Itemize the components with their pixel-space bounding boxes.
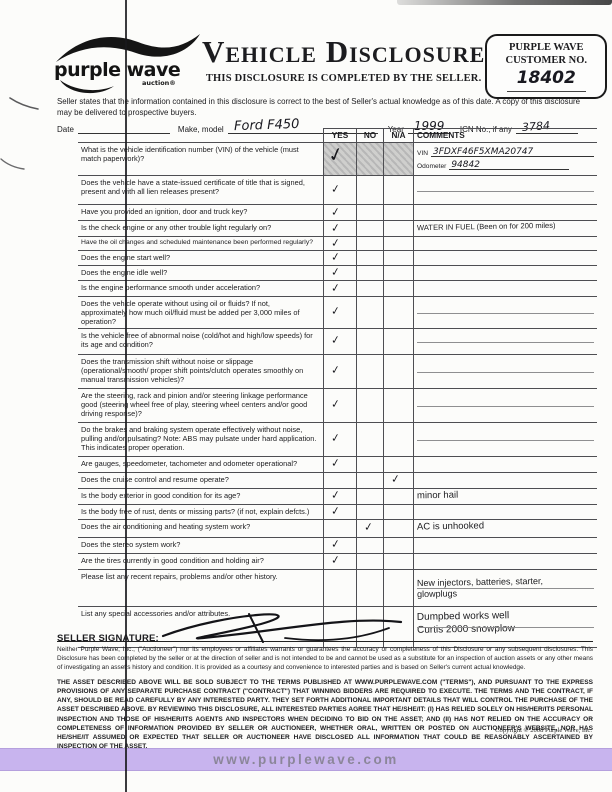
na-cell xyxy=(383,520,413,537)
table-row: Does the vehicle operate without using o… xyxy=(78,297,597,329)
table-row: Is the check engine or any other trouble… xyxy=(78,221,597,237)
question-text: Are the steering, rack and pinion and/or… xyxy=(78,389,323,422)
no-cell xyxy=(356,281,383,296)
na-cell xyxy=(383,143,413,175)
question-text: Does the transmission shift without nois… xyxy=(78,355,323,388)
na-cell xyxy=(383,297,413,328)
yes-checkmark: ✓ xyxy=(330,363,341,377)
no-cell xyxy=(356,457,383,472)
comment-text: minor hail xyxy=(417,489,458,502)
table-row: Are the steering, rack and pinion and/or… xyxy=(78,389,597,423)
table-row: Is the body exterior in good condition f… xyxy=(78,489,597,505)
no-cell xyxy=(356,237,383,250)
na-cell xyxy=(383,389,413,422)
no-cell xyxy=(356,355,383,388)
no-cell xyxy=(356,329,383,354)
copyright-notice: Copyright © 2008 Purple Wave, Inc. xyxy=(495,727,592,734)
no-cell xyxy=(356,554,383,569)
yes-checkmark: ✓ xyxy=(330,397,341,411)
odometer-value: 94842 xyxy=(451,160,480,170)
date-label: Date xyxy=(57,125,74,134)
table-row-vin: What is the vehicle identification numbe… xyxy=(78,143,597,176)
question-text: Does the stereo system work? xyxy=(78,538,323,553)
no-cell xyxy=(356,176,383,204)
yes-checkmark: ✓ xyxy=(330,456,341,470)
pen-mark xyxy=(0,154,28,174)
no-header: NO xyxy=(356,128,383,142)
disclosure-table: YES NO N/A COMMENTS What is the vehicle … xyxy=(78,128,597,648)
question-text: Do the brakes and braking system operate… xyxy=(78,423,323,456)
comment-text: AC is unhooked xyxy=(417,520,484,533)
no-cell xyxy=(356,389,383,422)
na-cell xyxy=(383,251,413,265)
na-cell xyxy=(383,237,413,250)
comments-cell xyxy=(413,205,597,220)
table-row: Does the air conditioning and heating sy… xyxy=(78,520,597,538)
na-cell xyxy=(383,505,413,519)
yes-checkmark: ✓ xyxy=(330,220,341,234)
yes-cell xyxy=(323,473,356,488)
odometer-underline: 94842 xyxy=(449,158,569,170)
yes-cell: ✓ xyxy=(323,554,356,569)
table-row: Is the vehicle free of abnormal noise (c… xyxy=(78,329,597,355)
question-text: Is the check engine or any other trouble… xyxy=(78,221,323,236)
scan-edge-smudge xyxy=(397,0,612,5)
na-cell xyxy=(383,355,413,388)
table-row: Have you provided an ignition, door and … xyxy=(78,205,597,221)
table-row: Does the stereo system work? ✓ xyxy=(78,538,597,554)
na-cell xyxy=(383,489,413,504)
table-row: Have the oil changes and scheduled maint… xyxy=(78,237,597,251)
footer-url: www.purplewave.com xyxy=(213,752,399,767)
table-row: Does the cruise control and resume opera… xyxy=(78,473,597,489)
no-cell xyxy=(356,570,383,606)
yes-cell: ✓ xyxy=(323,237,356,250)
comments-cell: AC is unhooked xyxy=(413,520,597,537)
yes-cell: ✓ xyxy=(323,355,356,388)
na-header: N/A xyxy=(383,128,413,142)
question-text: Is the body exterior in good condition f… xyxy=(78,489,323,504)
yes-checkmark: ✓ xyxy=(326,143,347,168)
no-cell xyxy=(356,221,383,236)
yes-checkmark: ✓ xyxy=(330,537,341,551)
customer-box-line2: CUSTOMER NO. xyxy=(487,54,605,67)
yes-checkmark: ✓ xyxy=(330,265,341,279)
na-checkmark: ✓ xyxy=(390,472,401,486)
na-cell xyxy=(383,423,413,456)
footer-bar: www.purplewave.com xyxy=(0,748,612,771)
yes-cell: ✓ xyxy=(323,221,356,236)
question-text: Is the body free of rust, dents or missi… xyxy=(78,505,323,519)
customer-number-value: 18402 xyxy=(507,68,586,91)
yes-checkmark: ✓ xyxy=(330,488,341,502)
seller-signature-row: SELLER SIGNATURE: xyxy=(57,628,593,642)
table-header-row: YES NO N/A COMMENTS xyxy=(78,128,597,143)
table-row: Do the brakes and braking system operate… xyxy=(78,423,597,457)
no-cell xyxy=(356,505,383,519)
comments-header: COMMENTS xyxy=(413,128,597,142)
yes-cell: ✓ xyxy=(323,423,356,456)
question-text: Is the engine performance smooth under a… xyxy=(78,281,323,296)
no-cell xyxy=(356,266,383,280)
na-cell xyxy=(383,554,413,569)
yes-cell xyxy=(323,520,356,537)
comments-cell xyxy=(413,554,597,569)
question-text: Does the air conditioning and heating sy… xyxy=(78,520,323,537)
na-cell xyxy=(383,329,413,354)
comments-cell xyxy=(413,297,597,328)
na-cell xyxy=(383,221,413,236)
question-header-cell xyxy=(78,128,323,142)
comments-cell: WATER IN FUEL (Been on for 200 miles) xyxy=(413,221,597,236)
no-cell xyxy=(356,297,383,328)
yes-checkmark: ✓ xyxy=(330,431,341,445)
comments-cell xyxy=(413,176,597,204)
yes-cell: ✓ xyxy=(323,281,356,296)
table-row: Does the transmission shift without nois… xyxy=(78,355,597,389)
yes-cell: ✓ xyxy=(323,329,356,354)
comments-cell xyxy=(413,251,597,265)
question-text: Does the engine idle well? xyxy=(78,266,323,280)
yes-checkmark: ✓ xyxy=(330,204,341,218)
page-subtitle: THIS DISCLOSURE IS COMPLETED BY THE SELL… xyxy=(202,73,485,84)
question-text: Have you provided an ignition, door and … xyxy=(78,205,323,220)
yes-cell: ✓ xyxy=(323,389,356,422)
question-text: Does the engine start well? xyxy=(78,251,323,265)
na-cell: ✓ xyxy=(383,473,413,488)
comment-text: WATER IN FUEL (Been on for 200 miles) xyxy=(417,221,556,233)
customer-number-box: PURPLE WAVE CUSTOMER NO. 18402 xyxy=(485,34,607,99)
disclaimer-paragraph: Neither Purple Wave, Inc., ("Auctioneer"… xyxy=(57,646,593,673)
table-row: Does the engine idle well? ✓ xyxy=(78,266,597,281)
terms-paragraph: THE ASSET DESCRIBED ABOVE WILL BE SOLD S… xyxy=(57,678,593,751)
no-cell xyxy=(356,143,383,175)
yes-cell: ✓ xyxy=(323,457,356,472)
na-cell xyxy=(383,538,413,553)
scan-fold-line xyxy=(125,0,127,792)
yes-checkmark: ✓ xyxy=(330,250,341,264)
vin-label: VIN xyxy=(417,150,428,157)
yes-checkmark: ✓ xyxy=(330,503,341,517)
question-text: Please list any recent repairs, problems… xyxy=(78,570,323,606)
no-cell xyxy=(356,489,383,504)
table-row: Is the body free of rust, dents or missi… xyxy=(78,505,597,520)
yes-checkmark: ✓ xyxy=(330,333,341,347)
question-text: Is the vehicle free of abnormal noise (c… xyxy=(78,329,323,354)
odometer-comment-line: Odometer 94842 xyxy=(417,158,594,170)
comment-text: New injectors, batteries, starter, glowp… xyxy=(417,575,543,600)
question-text: Does the cruise control and resume opera… xyxy=(78,473,323,488)
question-text: Are gauges, speedometer, tachometer and … xyxy=(78,457,323,472)
seller-signature-scribble xyxy=(157,612,407,646)
yes-cell: ✓ xyxy=(323,266,356,280)
table-row: Are gauges, speedometer, tachometer and … xyxy=(78,457,597,473)
comments-cell xyxy=(413,281,597,296)
logo-tagline: auction® xyxy=(142,79,176,87)
yes-cell: ✓ xyxy=(323,489,356,504)
comments-cell xyxy=(413,457,597,472)
question-text: Does the vehicle have a state-issued cer… xyxy=(78,176,323,204)
yes-cell: ✓ xyxy=(323,538,356,553)
no-cell xyxy=(356,538,383,553)
na-cell xyxy=(383,176,413,204)
yes-cell: ✓ xyxy=(323,297,356,328)
pen-mark xyxy=(8,92,42,114)
table-row: Does the engine start well? ✓ xyxy=(78,251,597,266)
yes-checkmark: ✓ xyxy=(330,304,341,318)
question-text: Does the vehicle operate without using o… xyxy=(78,297,323,328)
no-cell xyxy=(356,423,383,456)
table-row: Please list any recent repairs, problems… xyxy=(78,570,597,607)
comments-cell xyxy=(413,473,597,488)
form-header: purple wave auction® Vehicle Disclosure … xyxy=(50,32,590,104)
na-cell xyxy=(383,570,413,606)
comments-cell xyxy=(413,266,597,280)
yes-cell: ✓ xyxy=(323,251,356,265)
comments-cell: VIN 3FDXF46F5XMA20747 Odometer 94842 xyxy=(413,143,597,175)
comments-cell: New injectors, batteries, starter, glowp… xyxy=(413,570,597,606)
table-row: Is the engine performance smooth under a… xyxy=(78,281,597,297)
yes-cell: ✓ xyxy=(323,505,356,519)
title-block: Vehicle Disclosure THIS DISCLOSURE IS CO… xyxy=(202,32,485,104)
page-title: Vehicle Disclosure xyxy=(202,36,485,67)
customer-box-line1: PURPLE WAVE xyxy=(487,41,605,54)
seller-signature-label: SELLER SIGNATURE: xyxy=(57,633,159,644)
na-cell xyxy=(383,205,413,220)
table-row: Are the tires currently in good conditio… xyxy=(78,554,597,570)
yes-cell: ✓ xyxy=(323,176,356,204)
no-cell xyxy=(356,251,383,265)
question-text: Are the tires currently in good conditio… xyxy=(78,554,323,569)
table-row: Does the vehicle have a state-issued cer… xyxy=(78,176,597,205)
question-text: Have the oil changes and scheduled maint… xyxy=(78,237,323,250)
no-cell xyxy=(356,473,383,488)
yes-header: YES xyxy=(323,128,356,142)
yes-checkmark: ✓ xyxy=(330,280,341,294)
yes-cell: ✓ xyxy=(323,143,356,175)
comments-cell xyxy=(413,355,597,388)
yes-cell: ✓ xyxy=(323,205,356,220)
comments-cell xyxy=(413,329,597,354)
odometer-label: Odometer xyxy=(417,163,446,170)
question-text: What is the vehicle identification numbe… xyxy=(78,143,323,175)
comments-cell xyxy=(413,505,597,519)
yes-checkmark: ✓ xyxy=(330,553,341,567)
comments-cell xyxy=(413,423,597,456)
yes-checkmark: ✓ xyxy=(330,182,341,196)
na-cell xyxy=(383,281,413,296)
no-cell: ✓ xyxy=(356,520,383,537)
vin-comment-line: VIN 3FDXF46F5XMA20747 xyxy=(417,145,594,157)
yes-cell xyxy=(323,570,356,606)
comments-cell xyxy=(413,237,597,250)
yes-checkmark: ✓ xyxy=(330,235,341,249)
scanned-vehicle-disclosure-page: purple wave auction® Vehicle Disclosure … xyxy=(0,0,612,792)
logo-wordmark: purple wave xyxy=(54,59,180,81)
comments-cell xyxy=(413,389,597,422)
na-cell xyxy=(383,457,413,472)
na-cell xyxy=(383,266,413,280)
comments-cell xyxy=(413,538,597,553)
no-cell xyxy=(356,205,383,220)
vin-value: 3FDXF46F5XMA20747 xyxy=(433,147,533,157)
comments-cell: minor hail xyxy=(413,489,597,504)
vin-underline: 3FDXF46F5XMA20747 xyxy=(431,145,594,157)
no-checkmark: ✓ xyxy=(363,520,374,534)
seller-statement: Seller states that the information conta… xyxy=(57,96,593,118)
